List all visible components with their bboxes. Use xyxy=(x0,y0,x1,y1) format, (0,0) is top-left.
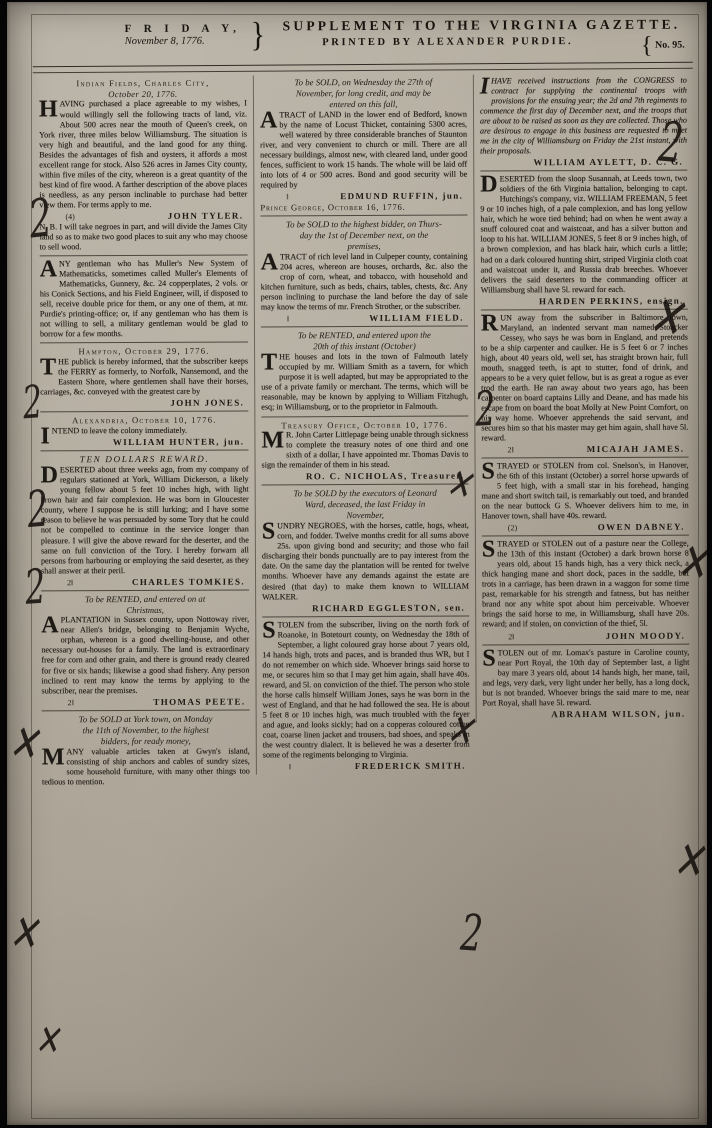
brace-glyph-left: } xyxy=(251,16,266,55)
issue-number: No. 95. xyxy=(655,40,685,51)
ad-text: TOLEN from the subscriber, living on the… xyxy=(262,619,469,759)
drop-cap: T xyxy=(261,353,279,373)
ad-text: ANY valuable articles taken at Gwyn's is… xyxy=(42,746,250,786)
signature-line: WILLIAM AYLETT, D. C. G. xyxy=(506,157,685,168)
ad-text: UNDRY NEGROES, with the horses, cattle, … xyxy=(262,521,469,601)
ad-body: RUN away from the subscriber in Baltimor… xyxy=(481,312,689,443)
ad-heading: To be SOLD to the highest bidder, on Thu… xyxy=(260,219,467,231)
drop-cap: M xyxy=(42,747,67,767)
page-inner: F R I D A Y, November 8, 1776. } SUPPLEM… xyxy=(33,15,698,1119)
signature-name: CHARLES TOMKIES. xyxy=(132,576,247,587)
signature-name: WILLIAM HUNTER, jun. xyxy=(113,436,247,447)
signature-line: ‖WILLIAM FIELD. xyxy=(287,313,466,324)
ad-body: APLANTATION in Sussex county, upon Notto… xyxy=(41,615,249,696)
drop-cap: D xyxy=(480,175,499,195)
drop-cap: M xyxy=(261,431,286,451)
ad: Indian Fields, Charles City,October 20, … xyxy=(39,78,248,253)
ad: Alexandria, October 10, 1776.INTEND to l… xyxy=(40,415,248,448)
signature-line: ‖FREDERICK SMITH. xyxy=(289,761,468,772)
ad-text: ESERTED from the sloop Susannah, at Leed… xyxy=(480,174,687,294)
ad-heading: November, for long credit, and may be xyxy=(260,88,467,100)
drop-cap: A xyxy=(261,253,280,273)
ad-divider xyxy=(481,308,688,310)
ad-body: DESERTED from the sloop Susannah, at Lee… xyxy=(480,174,687,295)
drop-cap: R xyxy=(481,313,500,333)
ad-body: HAVING purchased a place agreeable to my… xyxy=(39,99,247,210)
handwritten-mark: ✕ xyxy=(7,908,41,961)
drop-cap: S xyxy=(482,540,497,560)
ad-heading: To be RENTED, and entered upon the xyxy=(261,330,468,342)
signature-name: MICAJAH JAMES. xyxy=(587,444,687,454)
ad-heading: entered on this fall, xyxy=(260,99,467,111)
ad-text: TRACT of LAND in the lower end of Bedfor… xyxy=(260,110,467,190)
column-2: To be SOLD, on Wednesday the 27th ofNove… xyxy=(253,75,476,775)
ad-divider xyxy=(261,326,468,328)
ad-divider xyxy=(40,254,248,256)
ad-body: STOLEN from the subscriber, living on th… xyxy=(262,619,470,760)
ad-text: HAVE received instructions from the CONG… xyxy=(480,76,687,156)
ad: Hampton, October 29, 1776.THE publick is… xyxy=(40,346,248,409)
ad-body: THE publick is hereby informed, that the… xyxy=(40,356,248,397)
ad-body: MANY valuable articles taken at Gwyn's i… xyxy=(42,746,250,787)
signature-name: WILLIAM AYLETT, D. C. G. xyxy=(533,157,685,168)
ad-body: THE houses and lots in the town of Falmo… xyxy=(261,352,468,413)
ad-heading: To be SOLD at York town, on Monday xyxy=(42,713,250,725)
ad-text: TRAYED or STOLEN from col. Snelson's, in… xyxy=(482,461,689,521)
signature-name: OWEN DABNEY. xyxy=(598,522,687,532)
ad: To be SOLD at York town, on Mondaythe 11… xyxy=(42,713,250,787)
column-3: IHAVE received instructions from the CON… xyxy=(473,74,696,723)
masthead-title-block: SUPPLEMENT TO THE VIRGINIA GAZETTE. PRIN… xyxy=(283,17,613,48)
ad-divider xyxy=(262,484,469,486)
signature-name: THOMAS PEETE. xyxy=(153,696,247,706)
masthead-day: F R I D A Y, xyxy=(125,23,241,36)
ad-text: R. John Carter Littlepage being unable t… xyxy=(262,430,469,470)
signature-name: RO. C. NICHOLAS, Treasurer. xyxy=(306,471,467,482)
ad-divider xyxy=(40,449,248,451)
signature-line: 2‖MICAJAH JAMES. xyxy=(507,444,686,455)
reference-mark: 2‖ xyxy=(508,632,514,641)
ad-text: UN away from the subscriber in Baltimore… xyxy=(481,312,688,442)
ad-text: HE houses and lots in the town of Falmou… xyxy=(261,352,468,412)
masthead-date: November 8, 1776. xyxy=(125,35,241,48)
reference-mark: (4) xyxy=(65,212,74,221)
drop-cap: S xyxy=(262,522,277,542)
ad-heading: bidders, for ready money, xyxy=(42,735,250,747)
ad: TEN DOLLARS REWARD.DESERTED about three … xyxy=(41,453,250,587)
ad-body: ATRACT of rich level land in Culpeper co… xyxy=(261,252,468,313)
ad: DESERTED from the sloop Susannah, at Lee… xyxy=(480,174,688,306)
reference-mark: ‖ xyxy=(289,762,291,771)
masthead-rule xyxy=(33,62,693,74)
signature-line: (4)JOHN TYLER. xyxy=(65,210,245,221)
ad-divider xyxy=(482,535,689,537)
signature-line: 2‖JOHN MOODY. xyxy=(508,630,687,641)
drop-cap: S xyxy=(482,648,497,668)
drop-cap: I xyxy=(40,426,51,446)
ad-text: AVING purchased a place agreeable to my … xyxy=(39,99,247,209)
ad-body: STRAYED or STOLEN from col. Snelson's, i… xyxy=(481,461,688,522)
ad-divider xyxy=(260,215,467,217)
ad-text: ESERTED about three weeks ago, from my c… xyxy=(41,465,249,575)
ad-heading: To be RENTED, and entered on at xyxy=(41,593,249,605)
ad-body: INTEND to leave the colony immediately. xyxy=(40,425,248,436)
signature-name: RICHARD EGGLESTON, sen. xyxy=(312,602,467,613)
ad-heading: To be SOLD by the executors of Leonard xyxy=(262,488,469,500)
ad-heading: the 11th of November, to the highest xyxy=(42,724,250,736)
ad-body: ANY gentleman who has Muller's New Syste… xyxy=(40,258,248,339)
printer-line: PRINTED BY ALEXANDER PURDIE. xyxy=(283,36,613,48)
masthead: F R I D A Y, November 8, 1776. } SUPPLEM… xyxy=(33,15,693,64)
drop-cap: D xyxy=(41,466,60,486)
ad: STOLEN from the subscriber, living on th… xyxy=(262,619,470,771)
ad-divider xyxy=(41,589,249,591)
ad-text: HE publick is hereby informed, that the … xyxy=(40,356,248,396)
ad: IHAVE received instructions from the CON… xyxy=(480,76,687,168)
drop-cap: A xyxy=(40,259,59,279)
ad: ANY gentleman who has Muller's New Syste… xyxy=(40,258,248,339)
signature-line: (2)OWEN DABNEY. xyxy=(508,522,687,533)
signature-line: 2‖THOMAS PEETE. xyxy=(68,696,248,707)
newspaper-page: F R I D A Y, November 8, 1776. } SUPPLEM… xyxy=(0,0,712,1128)
ad-heading: Ward, deceased, the last Friday in xyxy=(262,499,469,511)
issue-number-block: { No. 95. xyxy=(641,33,685,60)
signature-line: ABRAHAM WILSON, jun. xyxy=(509,708,688,719)
ad-body: ATRACT of LAND in the lower end of Bedfo… xyxy=(260,110,467,191)
signature-name: FREDERICK SMITH. xyxy=(355,761,468,771)
ad: STRAYED or STOLEN out of a pasture near … xyxy=(482,539,689,641)
reference-mark: (2) xyxy=(508,524,517,533)
ad: To be SOLD by the executors of LeonardWa… xyxy=(262,488,470,613)
reference-mark: ‖ xyxy=(287,315,289,324)
reference-mark: 2‖ xyxy=(507,445,513,454)
ad-body: STRAYED or STOLEN out of a pasture near … xyxy=(482,539,689,630)
ad-divider xyxy=(42,709,250,711)
reference-mark: ‖ xyxy=(286,193,288,202)
drop-cap: S xyxy=(481,461,496,481)
ad: To be SOLD to the highest bidder, on Thu… xyxy=(260,219,467,324)
ad-postscript: N. B. I will take negroes in part, and w… xyxy=(39,221,247,252)
ad-text: PLANTATION in Sussex county, upon Nottow… xyxy=(41,615,249,695)
ad-body: MR. John Carter Littlepage being unable … xyxy=(261,430,468,471)
column-1: Indian Fields, Charles City,October 20, … xyxy=(33,75,256,790)
ad-divider xyxy=(482,643,689,645)
ad-body: STOLEN out of mr. Lomax's pasture in Car… xyxy=(482,647,689,708)
ad-divider xyxy=(40,411,248,413)
ad: STRAYED or STOLEN from col. Snelson's, i… xyxy=(481,461,688,533)
ad-text: NY gentleman who has Muller's New System… xyxy=(40,258,248,338)
drop-cap: T xyxy=(40,357,58,377)
signature-name: JOHN MOODY. xyxy=(606,630,688,640)
ad-body: SUNDRY NEGROES, with the horses, cattle,… xyxy=(262,521,469,602)
ad-body: DESERTED about three weeks ago, from my … xyxy=(41,465,249,576)
ad: RUN away from the subscriber in Baltimor… xyxy=(481,312,689,454)
ad-text: TRAYED or STOLEN out of a pasture near t… xyxy=(482,539,689,629)
ad-divider xyxy=(480,170,687,172)
paper-sheet: F R I D A Y, November 8, 1776. } SUPPLEM… xyxy=(7,2,707,1125)
ad: To be RENTED, and entered on atChristmas… xyxy=(41,593,249,707)
reference-mark: 2‖ xyxy=(67,578,73,587)
drop-cap: A xyxy=(41,616,60,636)
signature-line: RO. C. NICHOLAS, Treasurer. xyxy=(288,471,467,482)
drop-cap: S xyxy=(262,620,277,640)
ad-body: IHAVE received instructions from the CON… xyxy=(480,76,687,157)
masthead-dateline: F R I D A Y, November 8, 1776. xyxy=(125,23,241,48)
ad-divider xyxy=(40,342,248,344)
signature-line: RICHARD EGGLESTON, sen. xyxy=(288,602,467,613)
ad-text: NTEND to leave the colony immediately. xyxy=(52,426,187,436)
drop-cap: I xyxy=(480,76,491,96)
signature-name: JOHN TYLER. xyxy=(168,210,246,220)
ad-text: TRACT of rich level land in Culpeper cou… xyxy=(261,252,468,312)
ad-divider xyxy=(481,457,688,459)
ad-heading: day the 1st of December next, on the xyxy=(261,230,468,242)
signature-line: ‖EDMUND RUFFIN, jun. xyxy=(286,191,465,202)
signature-name: HARDEN PERKINS, ensign. xyxy=(539,295,686,306)
drop-cap: A xyxy=(260,110,279,130)
ad-heading: To be SOLD, on Wednesday the 27th of xyxy=(260,77,467,89)
reference-mark: 2‖ xyxy=(68,698,74,707)
signature-line: 2‖CHARLES TOMKIES. xyxy=(67,576,247,587)
ad-divider xyxy=(262,615,469,617)
signature-name: JOHN JONES. xyxy=(170,398,246,408)
columns: Indian Fields, Charles City,October 20, … xyxy=(33,74,696,791)
ad: STOLEN out of mr. Lomax's pasture in Car… xyxy=(482,647,689,719)
ad: To be SOLD, on Wednesday the 27th ofNove… xyxy=(260,77,468,213)
ad-footer-dateline: Prince George, October 16, 1776. xyxy=(260,202,467,213)
signature-line: HARDEN PERKINS, ensign. xyxy=(507,295,686,306)
signature-name: EDMUND RUFFIN, jun. xyxy=(340,191,465,202)
ad-divider xyxy=(261,415,468,417)
signature-name: WILLIAM FIELD. xyxy=(369,313,466,323)
drop-cap: H xyxy=(39,100,60,120)
signature-name: ABRAHAM WILSON, jun. xyxy=(551,708,687,719)
brace-glyph-right: { xyxy=(641,33,653,59)
signature-line: JOHN JONES. xyxy=(66,398,246,409)
page-title: SUPPLEMENT TO THE VIRGINIA GAZETTE. xyxy=(283,17,613,34)
signature-line: WILLIAM HUNTER, jun. xyxy=(66,436,246,447)
ad-text: TOLEN out of mr. Lomax's pasture in Caro… xyxy=(482,647,689,707)
ad: Treasury Office, October 10, 1776.MR. Jo… xyxy=(261,419,468,482)
ad: To be RENTED, and entered upon the20th o… xyxy=(261,330,468,413)
